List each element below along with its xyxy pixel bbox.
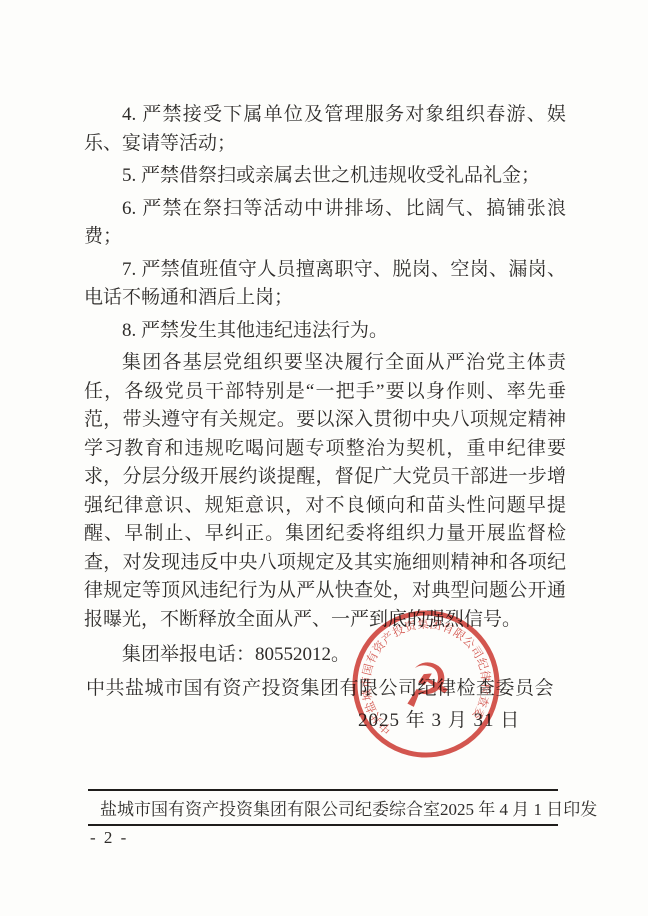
list-item-5: 5. 严禁借祭扫或亲属去世之机违规收受礼品礼金；: [84, 162, 566, 191]
document-body: 4. 严禁接受下属单位及管理服务对象组织春游、娱乐、宴请等活动； 5. 严禁借祭…: [84, 101, 566, 674]
list-item-6: 6. 严禁在祭扫等活动中讲排场、比阔气、搞铺张浪费；: [84, 195, 566, 252]
list-item-8: 8. 严禁发生其他违纪违法行为。: [84, 317, 566, 346]
footer-rule-top: [88, 789, 558, 791]
footer-issuer: 盐城市国有资产投资集团有限公司纪委综合室: [100, 795, 440, 820]
page-number: - 2 -: [90, 828, 128, 848]
footer-print-date: 2025 年 4 月 1 日印发: [440, 795, 597, 820]
document-page: 4. 严禁接受下属单位及管理服务对象组织春游、娱乐、宴请等活动； 5. 严禁借祭…: [0, 0, 648, 916]
list-item-7: 7. 严禁值班值守人员擅离职守、脱岗、空岗、漏岗、电话不畅通和酒后上岗；: [84, 256, 566, 313]
footer-rule-bottom: [88, 824, 558, 826]
footer-row: 盐城市国有资产投资集团有限公司纪委综合室 2025 年 4 月 1 日印发: [88, 795, 558, 820]
official-seal: 中共盐城市国有资产投资集团有限公司纪律检查委员会 ☭: [333, 591, 518, 776]
hammer-sickle-icon: ☭: [396, 648, 457, 723]
list-item-4: 4. 严禁接受下属单位及管理服务对象组织春游、娱乐、宴请等活动；: [84, 101, 566, 158]
